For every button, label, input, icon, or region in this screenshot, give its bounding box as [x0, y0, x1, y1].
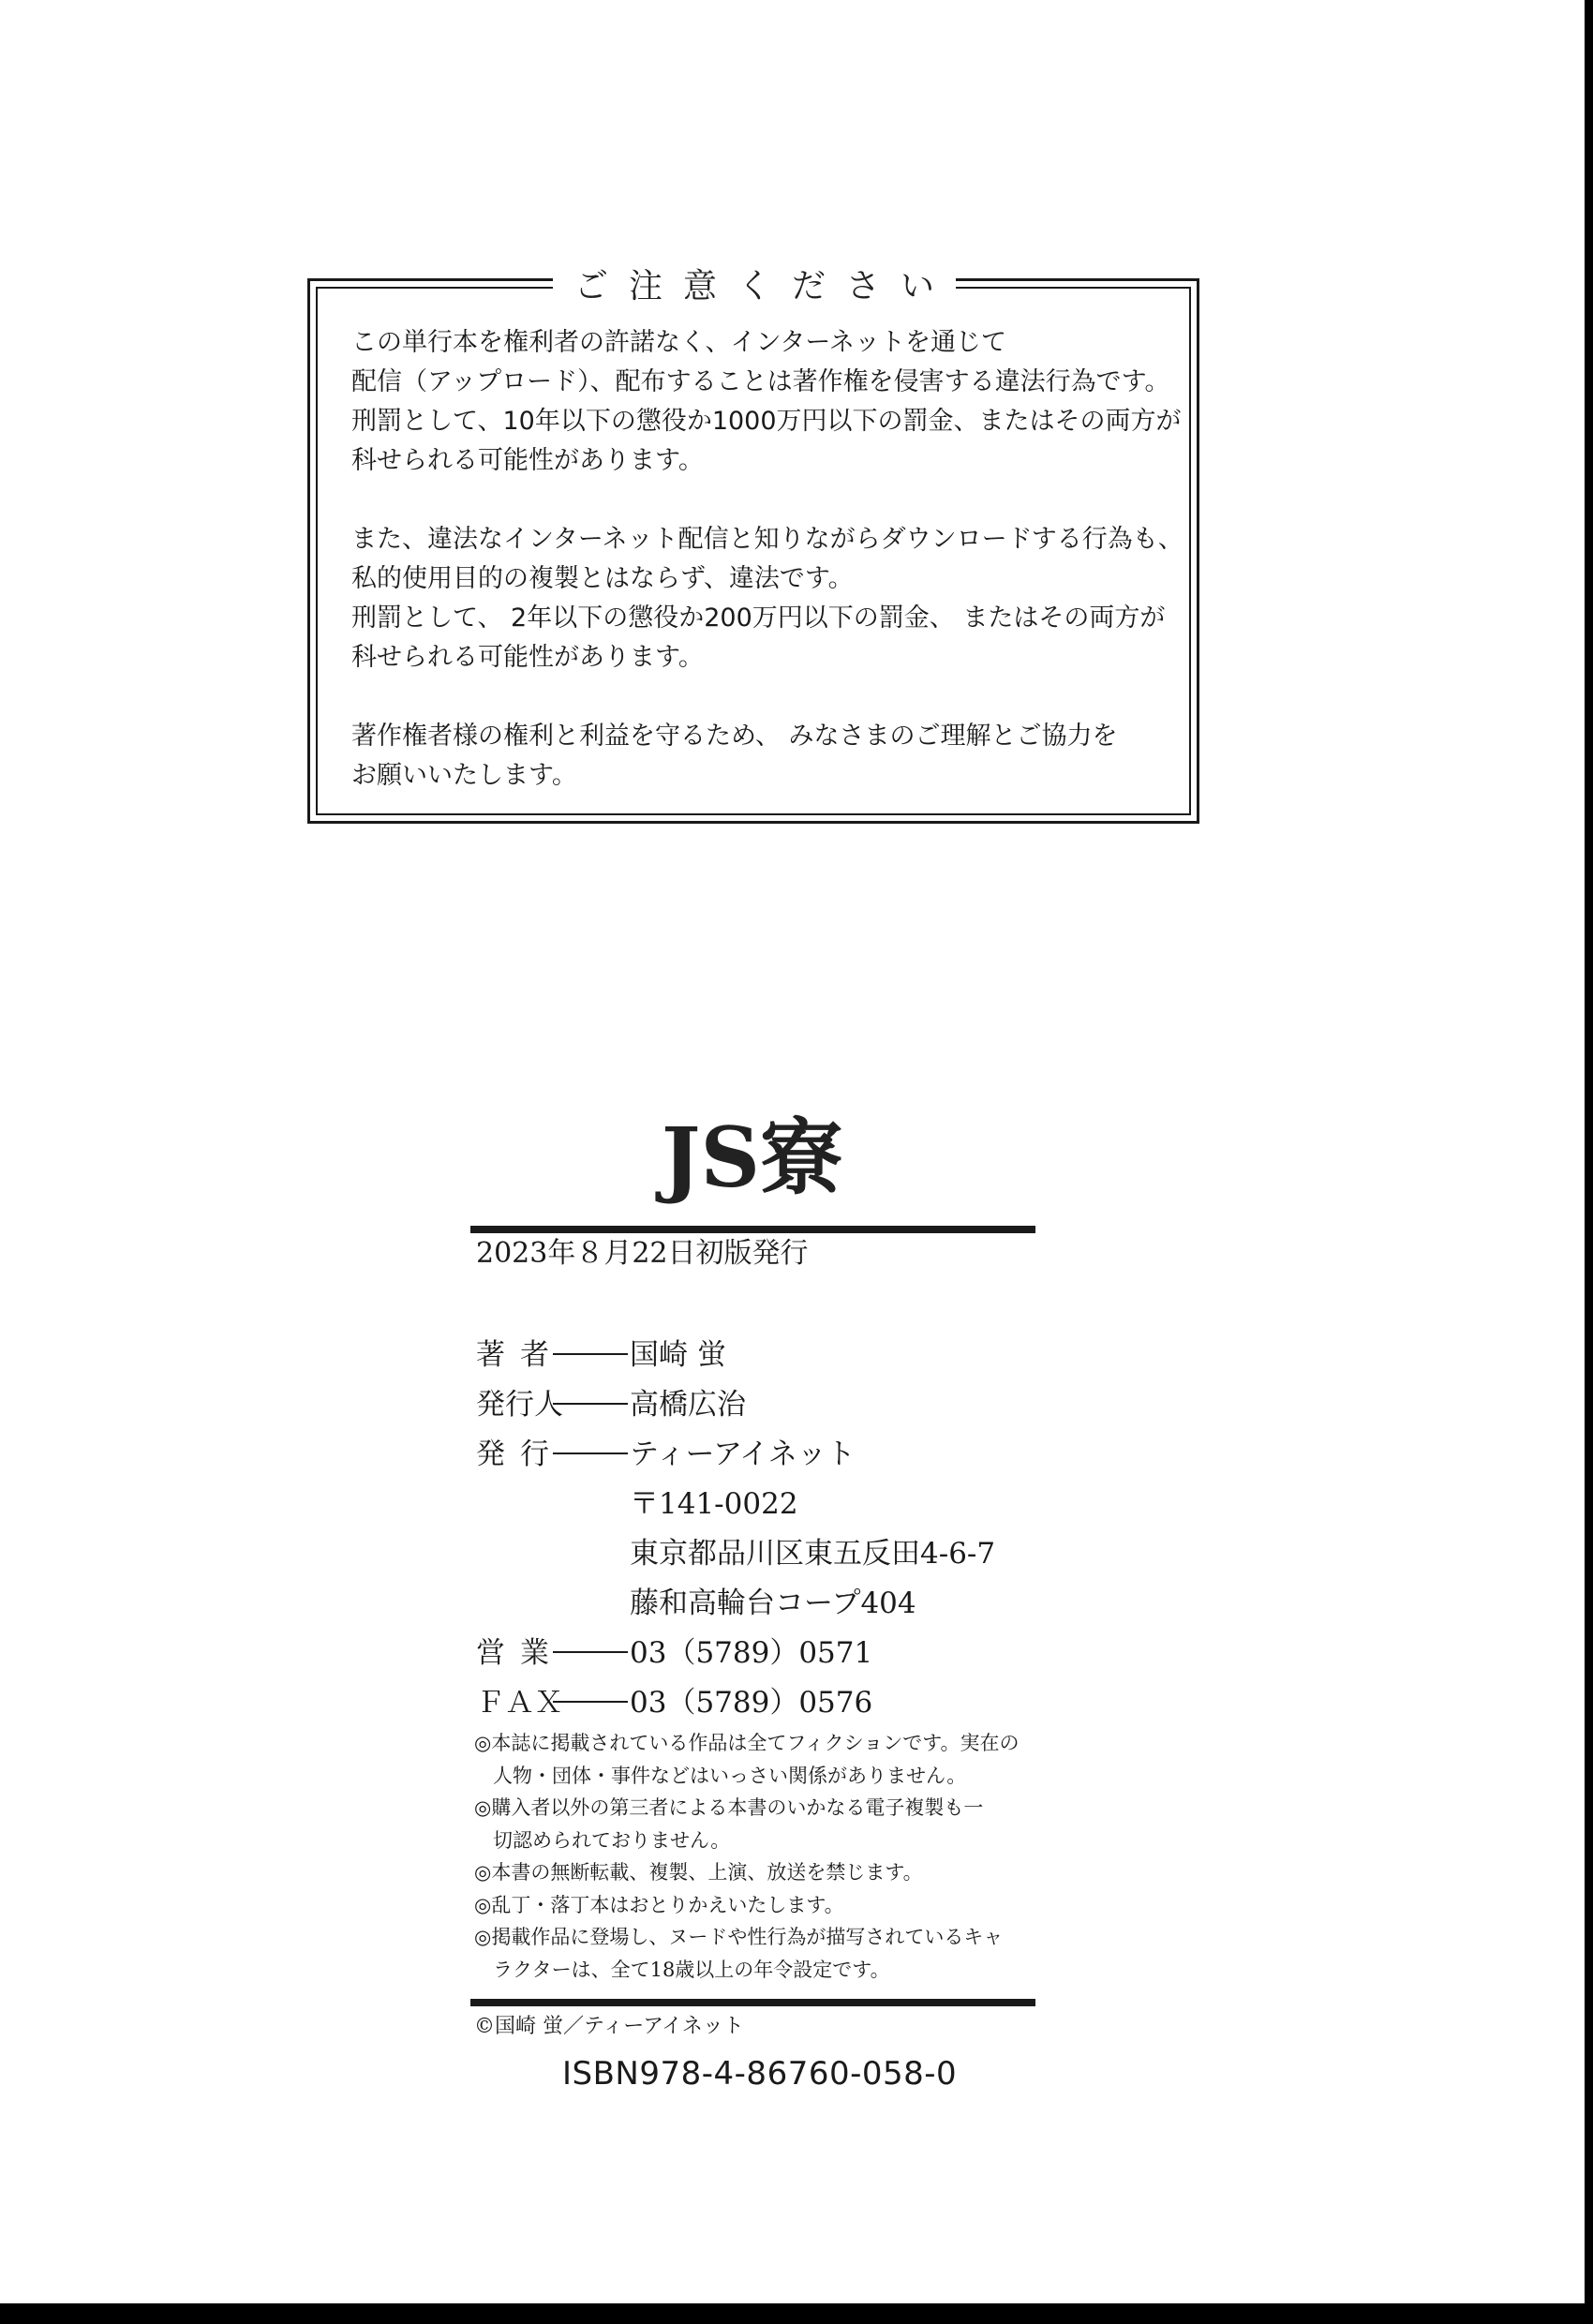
note-line: ラクターは、全て18歳以上の年令設定です。: [474, 1954, 1055, 1987]
publication-date: 2023年８月22日初版発行: [476, 1235, 809, 1273]
address-line-2: 藤和高輪台コープ404: [476, 1579, 1076, 1629]
notice-line: また、違法なインターネット配信と知りながらダウンロードする行為も、: [351, 520, 1176, 559]
sales-phone: 03（5789）0571: [630, 1629, 872, 1671]
label-char: 発: [476, 1380, 505, 1423]
notice-paragraph-request: 著作権者様の権利と利益を守るため、 みなさまのご理解とご協力を お願いいたします…: [351, 717, 1176, 796]
publisher-person-label: 発 行 人: [476, 1380, 549, 1423]
notice-line: 刑罰として、10年以下の懲役か1000万円以下の罰金、またはその両方が: [351, 402, 1176, 441]
leader-dash: [553, 1452, 628, 1454]
address-street: 東京都品川区東五反田4-6-7: [630, 1529, 995, 1572]
legal-notes: ◎本誌に掲載されている作品は全てフィクションです。実在の 人物・団体・事件などは…: [474, 1727, 1055, 1986]
note-line: ◎本書の無断転載、複製、上演、放送を禁じます。: [474, 1856, 1055, 1889]
leader-dash: [553, 1701, 628, 1703]
colophon-row-author: 著 者 国崎 蛍: [476, 1331, 1076, 1380]
notice-title: ご注意ください: [553, 261, 956, 313]
note-line: ◎本誌に掲載されている作品は全てフィクションです。実在の: [474, 1727, 1055, 1760]
address-postal-code: 〒141-0022: [476, 1480, 1076, 1529]
postal-code: 〒141-0022: [630, 1480, 798, 1522]
note-line: 人物・団体・事件などはいっさい関係がありません。: [474, 1760, 1055, 1793]
notice-line: 科せられる可能性があります。: [351, 441, 1176, 481]
label-char: 営: [476, 1629, 505, 1671]
fax-number: 03（5789）0576: [630, 1678, 872, 1721]
notice-paragraph-upload: この単行本を権利者の許諾なく、インターネットを通じて 配信（アップロード）、配布…: [351, 323, 1176, 481]
notice-line: お願いいたします。: [351, 756, 1176, 796]
label-char: Ｆ: [476, 1678, 505, 1721]
divider-rule-bottom: [470, 1999, 1035, 2006]
note-line: ◎購入者以外の第三者による本書のいかなる電子複製も一: [474, 1792, 1055, 1825]
leader-dash: [553, 1651, 628, 1653]
publisher-person-name: 高橋広治: [630, 1380, 746, 1423]
leader-dash: [553, 1353, 628, 1355]
note-line: ◎乱丁・落丁本はおとりかえいたします。: [474, 1889, 1055, 1922]
note-reproduction: ◎本書の無断転載、複製、上演、放送を禁じます。: [474, 1856, 1055, 1889]
fax-label: Ｆ Ａ Ｘ: [476, 1678, 549, 1721]
notice-line: 著作権者様の権利と利益を守るため、 みなさまのご理解とご協力を: [351, 717, 1176, 756]
author-name: 国崎 蛍: [630, 1331, 726, 1373]
notice-line: 刑罰として、 2年以下の懲役か200万円以下の罰金、 またはその両方が: [351, 599, 1176, 638]
scan-edge-right: [1585, 0, 1593, 2324]
isbn: ISBN978-4-86760-058-0: [562, 2050, 957, 2097]
book-title: JS寮: [469, 1110, 1035, 1204]
scan-edge-bottom: [0, 2303, 1593, 2324]
label-char: 業: [520, 1629, 549, 1671]
label-char: 発: [476, 1430, 505, 1472]
colophon-row-publisher-person: 発 行 人 高橋広治: [476, 1380, 1076, 1430]
notice-line: 配信（アップロード）、配布することは著作権を侵害する違法行為です。: [351, 363, 1176, 402]
divider-rule-top: [470, 1226, 1035, 1233]
label-char: 者: [520, 1331, 549, 1373]
note-line: ◎掲載作品に登場し、ヌードや性行為が描写されているキャ: [474, 1921, 1055, 1954]
sales-label: 営 業: [476, 1629, 549, 1671]
colophon: 著 者 国崎 蛍 発 行 人 高橋広治 発 行 ティーアイネット 〒141-00…: [476, 1331, 1076, 1728]
colophon-row-publisher: 発 行 ティーアイネット: [476, 1430, 1076, 1480]
notice-body: この単行本を権利者の許諾なく、インターネットを通じて 配信（アップロード）、配布…: [351, 323, 1176, 796]
label-char: 人: [534, 1380, 563, 1423]
label-char: 行: [520, 1430, 549, 1472]
copyright-notice: ©国崎 蛍／ティーアイネット: [474, 2013, 744, 2041]
notice-line: 私的使用目的の複製とはならず、違法です。: [351, 559, 1176, 599]
notice-line: 科せられる可能性があります。: [351, 638, 1176, 678]
note-fiction: ◎本誌に掲載されている作品は全てフィクションです。実在の 人物・団体・事件などは…: [474, 1727, 1055, 1792]
note-age-setting: ◎掲載作品に登場し、ヌードや性行為が描写されているキャ ラクターは、全て18歳以…: [474, 1921, 1055, 1986]
publisher-name: ティーアイネット: [630, 1430, 856, 1472]
label-char: 著: [476, 1331, 505, 1373]
author-label: 著 者: [476, 1331, 549, 1373]
address-building: 藤和高輪台コープ404: [630, 1579, 916, 1621]
address-line-1: 東京都品川区東五反田4-6-7: [476, 1529, 1076, 1579]
notice-paragraph-download: また、違法なインターネット配信と知りながらダウンロードする行為も、 私的使用目的…: [351, 520, 1176, 678]
note-misprint: ◎乱丁・落丁本はおとりかえいたします。: [474, 1889, 1055, 1922]
label-char: Ｘ: [534, 1678, 563, 1721]
label-char: 行: [505, 1380, 534, 1423]
note-digital-copy: ◎購入者以外の第三者による本書のいかなる電子複製も一 切認められておりません。: [474, 1792, 1055, 1856]
notice-line: この単行本を権利者の許諾なく、インターネットを通じて: [351, 323, 1176, 363]
publisher-label: 発 行: [476, 1430, 549, 1472]
leader-dash: [553, 1403, 628, 1405]
label-char: Ａ: [505, 1678, 534, 1721]
colophon-row-fax: Ｆ Ａ Ｘ 03（5789）0576: [476, 1678, 1076, 1728]
note-line: 切認められておりません。: [474, 1825, 1055, 1857]
colophon-row-sales: 営 業 03（5789）0571: [476, 1629, 1076, 1678]
